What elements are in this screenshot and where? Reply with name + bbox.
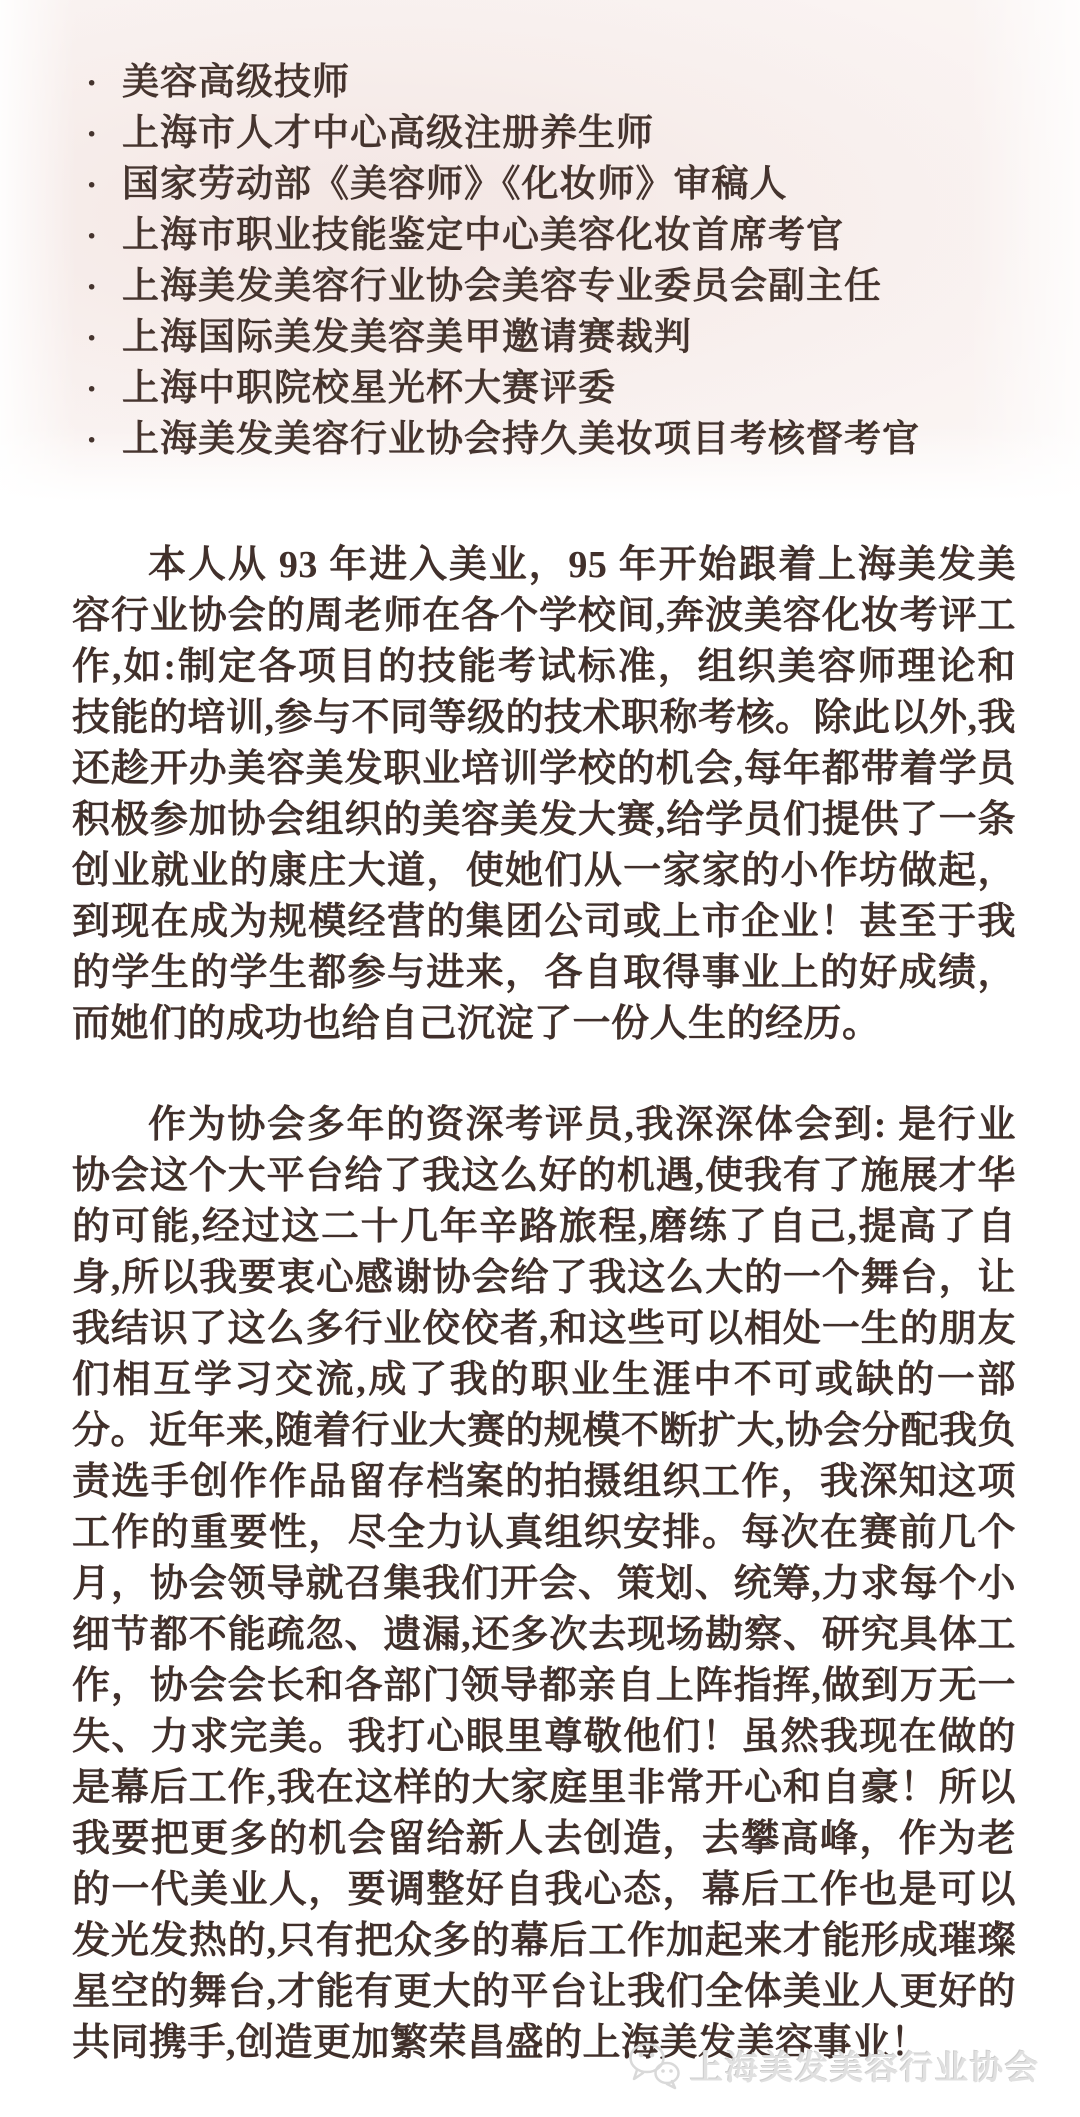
credential-label: 上海美发美容行业协会美容专业委员会副主任: [122, 262, 882, 312]
credential-item: · 上海美发美容行业协会美容专业委员会副主任: [86, 262, 1052, 313]
credential-label: 上海中职院校星光杯大赛评委: [122, 364, 616, 414]
credential-label: 上海国际美发美容美甲邀请赛裁判: [122, 313, 692, 363]
credential-item: · 上海国际美发美容美甲邀请赛裁判: [86, 313, 1052, 364]
credentials-list: · 美容高级技师 · 上海市人才中心高级注册养生师 · 国家劳动部《美容师》《化…: [86, 58, 1052, 466]
credential-item: · 上海市职业技能鉴定中心美容化妆首席考官: [86, 211, 1052, 262]
credential-label: 上海市职业技能鉴定中心美容化妆首席考官: [122, 211, 844, 261]
credential-item: · 上海美发美容行业协会持久美妆项目考核督考官: [86, 415, 1052, 466]
bullet-icon: ·: [86, 110, 122, 160]
wechat-watermark: 上海美发美容行业协会: [626, 2040, 1040, 2090]
article-paragraph: 本人从 93 年进入美业，95 年开始跟着上海美发美容行业协会的周老师在各个学校…: [72, 540, 1016, 1050]
wechat-icon: [626, 2040, 680, 2090]
bullet-icon: ·: [86, 59, 122, 109]
bullet-icon: ·: [86, 161, 122, 211]
credential-label: 上海美发美容行业协会持久美妆项目考核督考官: [122, 415, 920, 465]
credential-item: · 美容高级技师: [86, 58, 1052, 109]
bullet-icon: ·: [86, 263, 122, 313]
credential-label: 国家劳动部《美容师》《化妆师》审稿人: [122, 160, 788, 210]
credential-label: 上海市人才中心高级注册养生师: [122, 109, 654, 159]
article-body: 本人从 93 年进入美业，95 年开始跟着上海美发美容行业协会的周老师在各个学校…: [72, 540, 1016, 2069]
credential-label: 美容高级技师: [122, 58, 350, 108]
bullet-icon: ·: [86, 365, 122, 415]
credential-item: · 上海中职院校星光杯大赛评委: [86, 364, 1052, 415]
credential-item: · 国家劳动部《美容师》《化妆师》审稿人: [86, 160, 1052, 211]
bullet-icon: ·: [86, 212, 122, 262]
article-page: · 美容高级技师 · 上海市人才中心高级注册养生师 · 国家劳动部《美容师》《化…: [0, 0, 1080, 2117]
watermark-account-name: 上海美发美容行业协会: [690, 2042, 1040, 2089]
article-paragraph: 作为协会多年的资深考评员,我深深体会到: 是行业协会这个大平台给了我这么好的机遇…: [72, 1100, 1016, 2069]
bullet-icon: ·: [86, 416, 122, 466]
bullet-icon: ·: [86, 314, 122, 364]
credential-item: · 上海市人才中心高级注册养生师: [86, 109, 1052, 160]
